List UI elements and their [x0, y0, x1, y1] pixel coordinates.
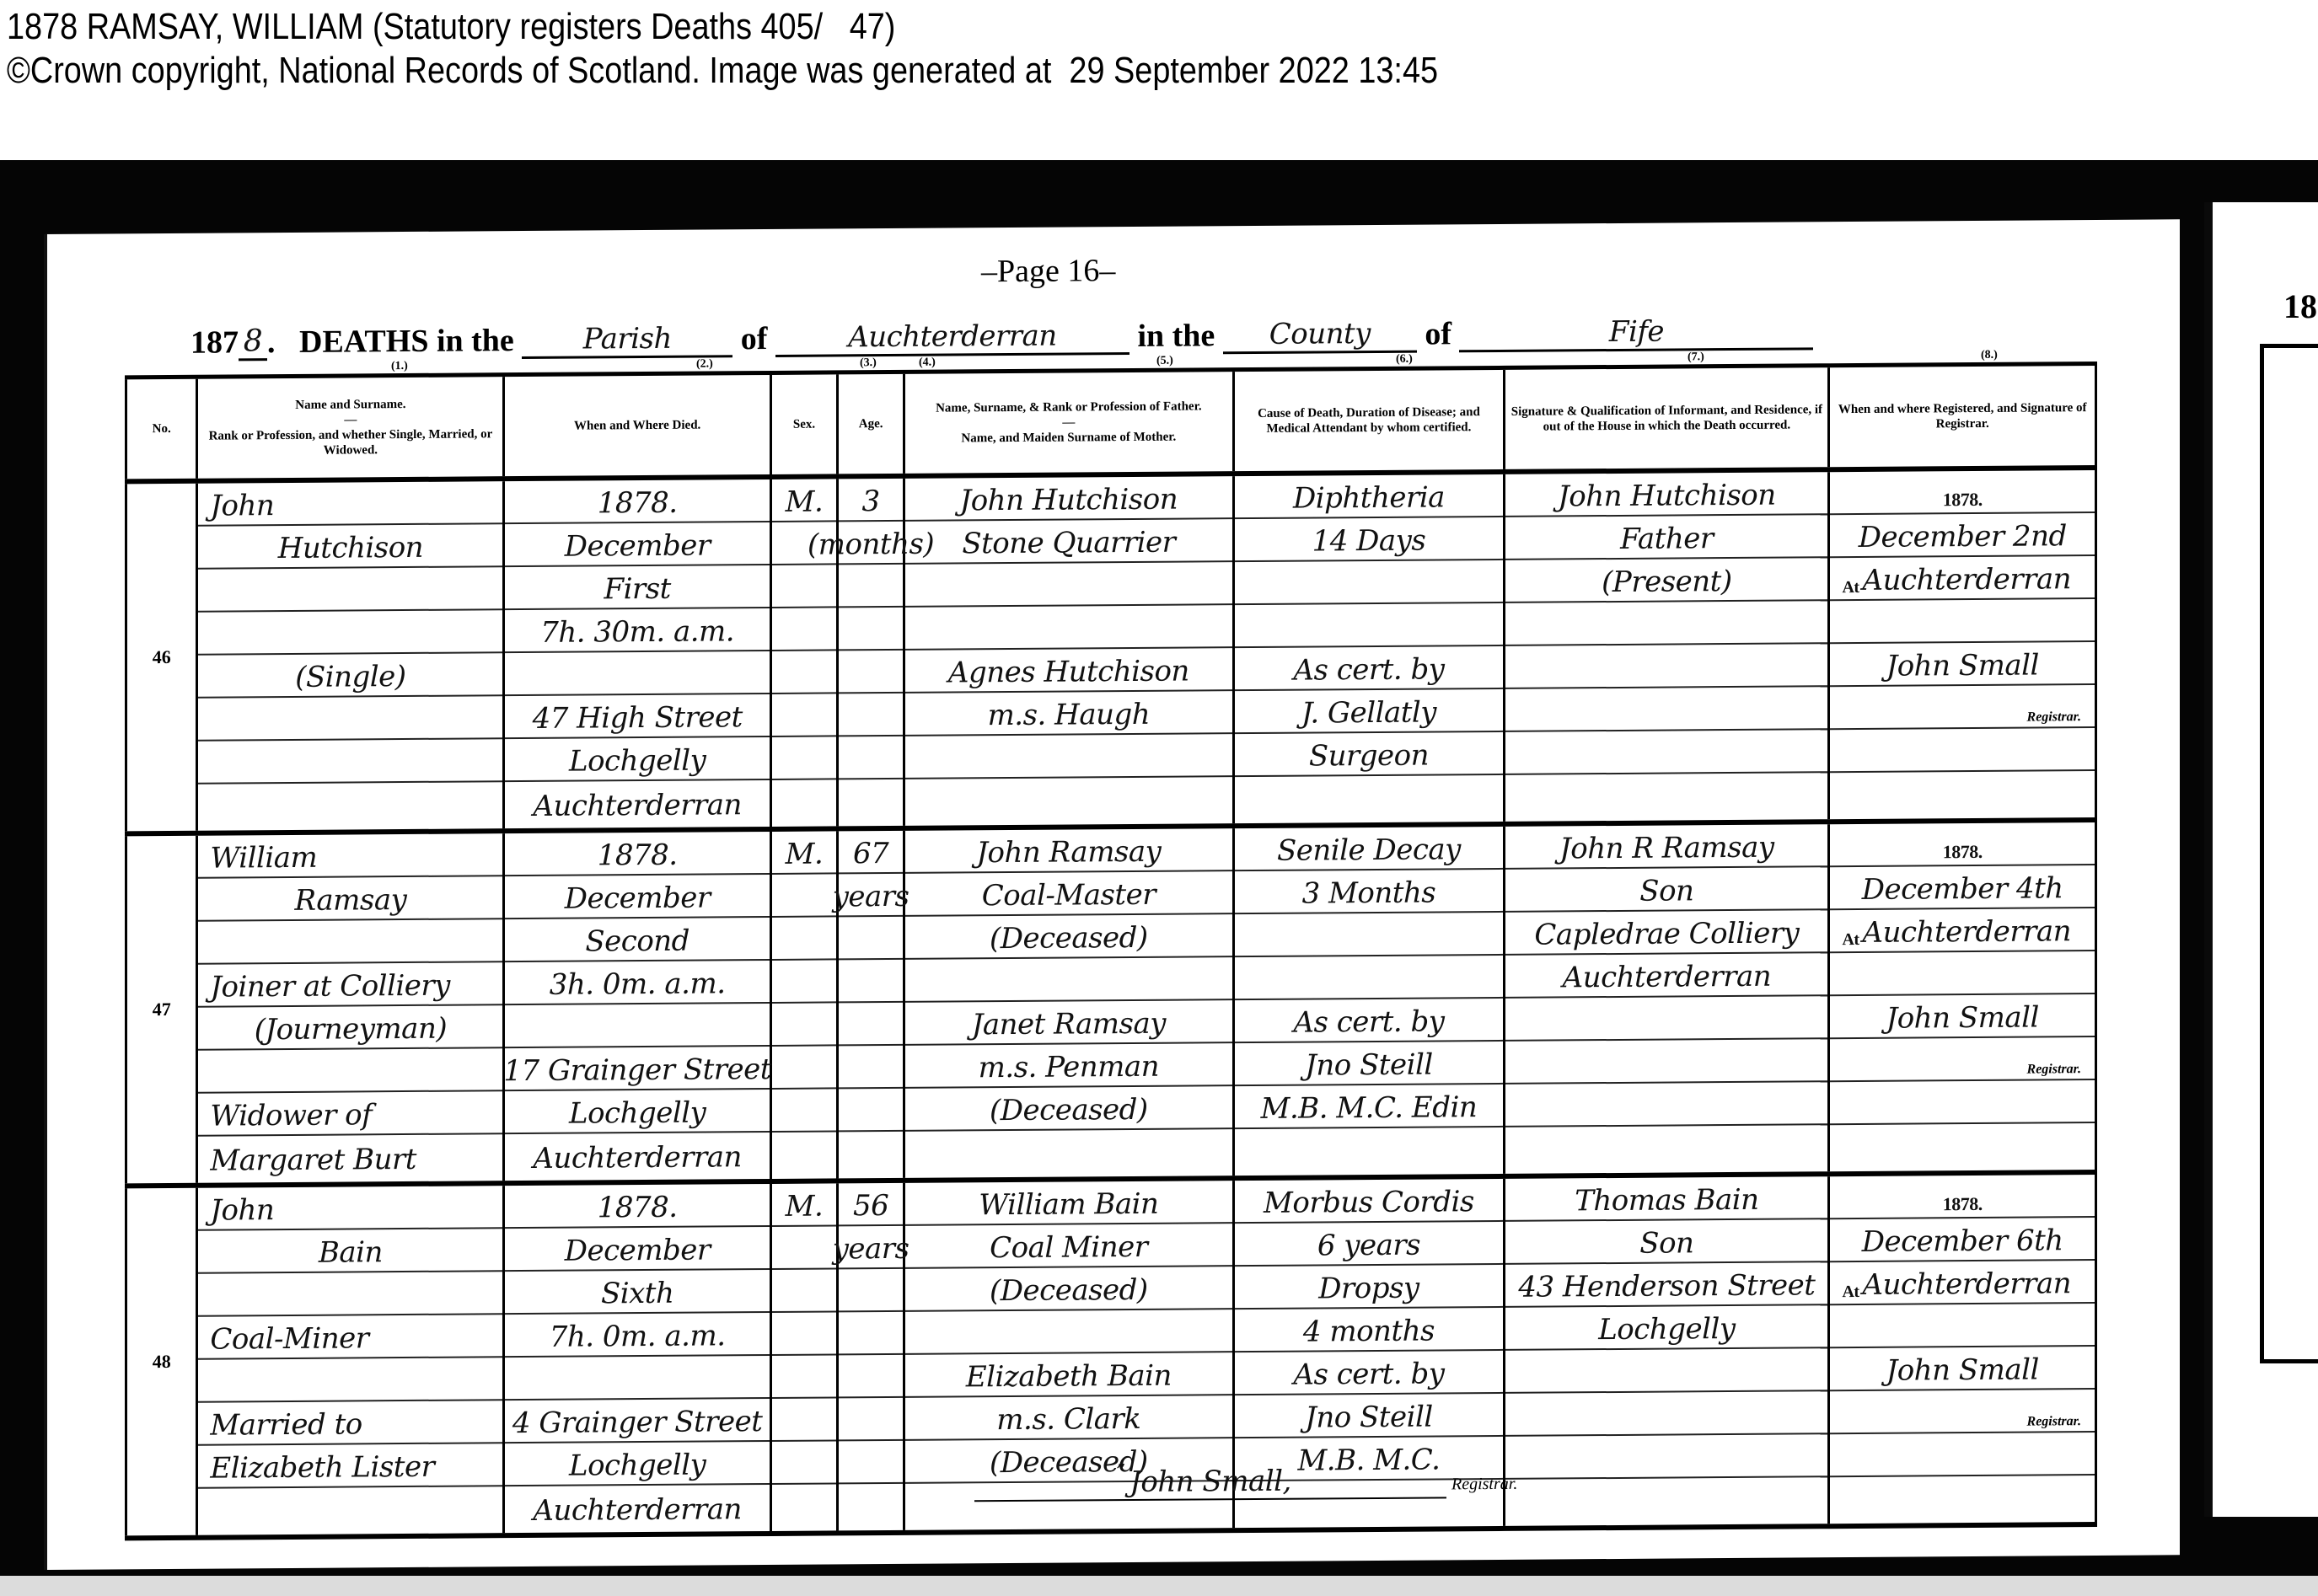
- informant-line: [1505, 773, 1827, 818]
- ruled-line: [1830, 1304, 2095, 1348]
- registered-date: December 4th: [1830, 865, 2095, 910]
- sex-value: M.: [772, 479, 836, 522]
- parents-line: m.s. Clark: [905, 1395, 1231, 1441]
- cell-informant: John HutchisonFather(Present): [1505, 469, 1829, 824]
- ruled-line: [839, 917, 903, 961]
- name-line: [198, 1048, 502, 1094]
- informant-line: Capledrae Colliery: [1505, 910, 1827, 956]
- ruled-line: [772, 1226, 836, 1270]
- parents-line: Agnes Hutchison: [905, 648, 1231, 694]
- col-header-age: Age.: [838, 372, 904, 476]
- cause-line: J. Gellatly: [1235, 689, 1504, 734]
- parents-line: [905, 777, 1231, 822]
- parents-line: [905, 1309, 1231, 1355]
- name-line: [198, 782, 502, 827]
- cell-registered: 1878.December 4thAtAuchterderranJohn Sma…: [1829, 820, 2096, 1174]
- registered-year: 1878.: [1830, 1175, 2095, 1219]
- col-header-parents: Name, Surname, & Rank or Profession of F…: [904, 370, 1233, 476]
- ruled-line: [772, 1441, 836, 1485]
- registered-year-text: 1878.: [1943, 1193, 1983, 1215]
- cause-line: [1235, 956, 1504, 1000]
- record-title: 1878 RAMSAY, WILLIAM (Statutory register…: [7, 5, 895, 49]
- cause-line: 6 years: [1235, 1222, 1504, 1267]
- cell-when-where: 1878.DecemberFirst7h. 30m. a.m.47 High S…: [504, 477, 771, 831]
- county-type: County: [1223, 317, 1417, 355]
- when-where-line: [505, 651, 770, 696]
- parents-line: Coal-Master: [905, 871, 1231, 917]
- ruled-line: [839, 1003, 903, 1047]
- informant-line: [1505, 1125, 1827, 1170]
- ruled-line: [772, 694, 836, 737]
- parents-line: Coal Miner: [905, 1224, 1231, 1269]
- cause-line: [1235, 603, 1504, 648]
- cell-informant: John R RamsaySonCapledrae CollieryAuchte…: [1505, 822, 1829, 1176]
- registered-place-name: Auchterderran: [1863, 1267, 2072, 1302]
- when-where-line: Auchterderran: [505, 1485, 770, 1529]
- parents-line: m.s. Penman: [905, 1043, 1231, 1089]
- ruled-line: [772, 960, 836, 1004]
- parents-line: Stone Quarrier: [905, 519, 1231, 565]
- cell-cause: Diphtheria14 DaysAs cert. byJ. GellatlyS…: [1233, 472, 1505, 826]
- name-line: [198, 696, 502, 742]
- informant-line: [1505, 1348, 1827, 1394]
- ruled-line: [772, 1312, 836, 1356]
- ruled-line: [772, 1398, 836, 1442]
- ruled-line: [1830, 1475, 2095, 1520]
- registered-year-text: 1878.: [1943, 489, 1983, 511]
- ruled-line: [772, 1132, 836, 1176]
- ruled-line: [839, 779, 903, 823]
- registered-place-name: Auchterderran: [1863, 914, 2072, 950]
- ruled-line: [772, 1003, 836, 1047]
- cause-line: [1235, 775, 1504, 820]
- ruled-line: [772, 608, 836, 651]
- cause-line: M.B. M.C. Edin: [1235, 1085, 1504, 1129]
- when-where-line: 1878.: [505, 479, 770, 524]
- parents-line: (Deceased): [905, 914, 1231, 960]
- when-where-line: [505, 1004, 770, 1048]
- age-value: (months): [839, 522, 903, 565]
- cell-informant: Thomas BainSon43 Henderson StreetLochgel…: [1505, 1174, 1829, 1529]
- register-page: –Page 16– 1878. DEATHS in the Parish of …: [44, 219, 2180, 1570]
- ruled-line: [772, 1484, 836, 1528]
- when-where-line: December: [505, 875, 770, 919]
- cause-line: Jno Steill: [1235, 1042, 1504, 1086]
- name-line: Ramsay: [198, 876, 502, 922]
- cause-line: Dropsy: [1235, 1265, 1504, 1309]
- ruled-line: [1830, 951, 2095, 996]
- registrar-signature: John Small: [1830, 1347, 2095, 1391]
- informant-line: Lochgelly: [1505, 1305, 1827, 1351]
- informant-line: [1505, 1391, 1827, 1437]
- at-label: At: [1842, 930, 1859, 950]
- cause-line: Diphtheria: [1235, 474, 1504, 519]
- name-line: Elizabeth Lister: [198, 1443, 502, 1489]
- cell-name: JohnBainCoal-MinerMarried toElizabeth Li…: [197, 1183, 504, 1538]
- registered-date: December 2nd: [1830, 513, 2095, 558]
- cell-when-where: 1878.DecemberSixth7h. 0m. a.m.4 Grainger…: [504, 1181, 771, 1535]
- ruled-line: [1830, 728, 2095, 773]
- informant-line: [1505, 1477, 1827, 1523]
- registrar-signature: John Small: [1830, 642, 2095, 687]
- informant-line: [1505, 730, 1827, 775]
- ruled-line: [1830, 1433, 2095, 1477]
- ruled-line: [772, 1046, 836, 1090]
- name-line: William: [198, 833, 502, 879]
- table-row: 47WilliamRamsayJoiner at Colliery(Journe…: [126, 820, 2096, 1186]
- informant-line: Son: [1505, 1219, 1827, 1265]
- at-label: At: [1842, 1283, 1859, 1302]
- when-where-line: 1878.: [505, 832, 770, 876]
- col-header-sex: Sex.: [770, 372, 837, 477]
- registered-year: 1878.: [1830, 470, 2095, 515]
- deaths-in-the-label: DEATHS in the: [299, 323, 514, 360]
- informant-line: Thomas Bain: [1505, 1176, 1827, 1222]
- of-label-1: of: [741, 321, 768, 356]
- name-line: [198, 1486, 502, 1532]
- adjacent-page-year: 187: [2283, 287, 2318, 326]
- informant-line: Auchterderran: [1505, 953, 1827, 999]
- name-line: [198, 1358, 502, 1403]
- name-line: Hutchison: [198, 524, 502, 570]
- table-header-row: No. Name and Surname. — Rank or Professi…: [126, 364, 2096, 482]
- ruled-line: [772, 779, 836, 823]
- informant-line: [1505, 601, 1827, 646]
- ruled-line: [1830, 1123, 2095, 1168]
- cell-cause: Senile Decay3 MonthsAs cert. byJno Steil…: [1233, 824, 1505, 1178]
- name-line: Margaret Burt: [198, 1134, 502, 1180]
- registered-year-text: 1878.: [1943, 841, 1983, 863]
- informant-line: 43 Henderson Street: [1505, 1262, 1827, 1308]
- cause-line: 4 months: [1235, 1308, 1504, 1352]
- year-printed: 187: [190, 324, 239, 360]
- registered-place: AtAuchterderran: [1830, 1261, 2095, 1305]
- age-value: years: [839, 1226, 903, 1270]
- cell-registered: 1878.December 6thAtAuchterderranJohn Sma…: [1829, 1172, 2096, 1526]
- name-line: (Journeyman): [198, 1005, 502, 1051]
- age-value: years: [839, 874, 903, 918]
- registrar-signature: John Small,: [974, 1463, 1446, 1502]
- county-name: Fife: [1459, 313, 1813, 352]
- informant-line: [1505, 1039, 1827, 1085]
- cause-line: Jno Steill: [1235, 1394, 1504, 1438]
- name-line: Widower of: [198, 1091, 502, 1137]
- parents-line: Janet Ramsay: [905, 1000, 1231, 1046]
- cause-line: As cert. by: [1235, 1351, 1504, 1395]
- ruled-line: [839, 960, 903, 1004]
- entry-number-cell: 48: [126, 1186, 197, 1539]
- registrar-signature: John Small: [1830, 994, 2095, 1039]
- cause-line: [1235, 560, 1504, 605]
- age-value: 56: [839, 1183, 903, 1227]
- registered-date: December 6th: [1830, 1218, 2095, 1262]
- parents-line: John Hutchison: [905, 476, 1231, 522]
- name-line: [198, 610, 502, 656]
- cause-line: [1235, 1127, 1504, 1172]
- col-header-cause: Cause of Death, Duration of Disease; and…: [1233, 367, 1505, 474]
- informant-line: [1505, 1082, 1827, 1127]
- name-line: [198, 567, 502, 613]
- year-handwritten: 8: [239, 324, 267, 361]
- when-where-line: 7h. 0m. a.m.: [505, 1313, 770, 1358]
- registered-place: AtAuchterderran: [1830, 908, 2095, 953]
- when-where-line: 4 Grainger Street: [505, 1399, 770, 1443]
- when-where-line: Lochgelly: [505, 1442, 770, 1486]
- cell-parents: John RamsayCoal-Master(Deceased)Janet Ra…: [904, 826, 1233, 1181]
- ruled-line: [839, 1269, 903, 1313]
- when-where-line: Lochgelly: [505, 1090, 770, 1134]
- viewer-bottom-bar: [0, 1576, 2318, 1596]
- when-where-line: 7h. 30m. a.m.: [505, 608, 770, 653]
- ruled-line: [772, 565, 836, 608]
- ruled-line: [839, 608, 903, 651]
- cell-sex: M.: [770, 1181, 837, 1534]
- when-where-line: December: [505, 522, 770, 567]
- col-header-name: Name and Surname. — Rank or Profession, …: [197, 375, 504, 481]
- cause-line: [1235, 913, 1504, 957]
- ruled-line: [1830, 771, 2095, 816]
- column-number-8: (8.): [1981, 349, 1998, 362]
- ruled-line: [839, 1355, 903, 1399]
- informant-line: (Present): [1505, 558, 1827, 603]
- registered-place: AtAuchterderran: [1830, 556, 2095, 601]
- cell-parents: John HutchisonStone QuarrierAgnes Hutchi…: [904, 474, 1233, 828]
- cause-line: 3 Months: [1235, 870, 1504, 914]
- when-where-line: 17 Grainger Street: [505, 1047, 770, 1091]
- ruled-line: [772, 651, 836, 694]
- parents-line: [905, 605, 1231, 651]
- registered-year: 1878.: [1830, 822, 2095, 867]
- cause-line: As cert. by: [1235, 646, 1504, 691]
- name-line: [198, 1272, 502, 1317]
- ruled-line: [839, 1089, 903, 1133]
- informant-line: John Hutchison: [1505, 472, 1827, 517]
- informant-line: [1505, 644, 1827, 689]
- when-where-line: [505, 1356, 770, 1401]
- entry-number-cell: 46: [126, 481, 197, 834]
- name-line: Coal-Miner: [198, 1315, 502, 1360]
- parents-line: [905, 734, 1231, 779]
- when-where-line: Auchterderran: [505, 1133, 770, 1177]
- column-number-2: (2.): [696, 357, 713, 371]
- parents-line: [905, 957, 1231, 1003]
- ruled-line: [839, 565, 903, 608]
- column-number-5: (5.): [1156, 355, 1173, 368]
- parents-line: (Deceased): [905, 1086, 1231, 1132]
- name-line: John: [198, 481, 502, 527]
- informant-line: John R Ramsay: [1505, 824, 1827, 870]
- registrar-label: Registrar.: [1830, 685, 2095, 730]
- when-where-line: Lochgelly: [505, 737, 770, 782]
- informant-line: [1505, 687, 1827, 732]
- when-where-line: Auchterderran: [505, 780, 770, 825]
- parents-line: [905, 562, 1231, 608]
- parents-line: William Bain: [905, 1181, 1231, 1226]
- cell-sex: M.: [770, 828, 837, 1181]
- parents-line: m.s. Haugh: [905, 691, 1231, 736]
- ruled-line: [772, 917, 836, 961]
- when-where-line: Second: [505, 918, 770, 962]
- ruled-line: [1830, 599, 2095, 644]
- parents-line: Elizabeth Bain: [905, 1352, 1231, 1398]
- cell-registered: 1878.December 2ndAtAuchterderranJohn Sma…: [1829, 468, 2096, 822]
- cell-age: 67years: [838, 828, 904, 1181]
- column-number-6: (6.): [1396, 353, 1413, 367]
- page-number: –Page 16–: [981, 252, 1115, 290]
- entry-number: 47: [127, 836, 196, 1184]
- register-heading: 1878. DEATHS in the Parish of Auchterder…: [190, 313, 1813, 361]
- cause-line: As cert. by: [1235, 999, 1504, 1043]
- entry-number: 46: [127, 484, 196, 832]
- cell-age: 56years: [838, 1181, 904, 1534]
- ruled-line: [839, 1132, 903, 1176]
- ruled-line: [839, 1398, 903, 1442]
- ruled-line: [772, 1269, 836, 1313]
- col-header-when-where: When and Where Died.: [504, 372, 771, 479]
- registered-place-name: Auchterderran: [1863, 562, 2072, 597]
- informant-line: [1505, 1434, 1827, 1480]
- ruled-line: [772, 736, 836, 780]
- cell-age: 3(months): [838, 476, 904, 829]
- when-where-line: 3h. 0m. a.m.: [505, 961, 770, 1005]
- district-type: Parish: [522, 321, 732, 359]
- parish-name: Auchterderran: [775, 319, 1129, 357]
- entry-number: 48: [127, 1188, 196, 1536]
- age-value: 67: [839, 831, 903, 875]
- when-where-line: 1878.: [505, 1184, 770, 1229]
- copyright-notice: ©Crown copyright, National Records of Sc…: [7, 49, 1438, 93]
- name-line: Bain: [198, 1229, 502, 1274]
- ruled-line: [839, 1046, 903, 1090]
- registrar-label: Registrar.: [1451, 1475, 1517, 1494]
- sex-value: M.: [772, 1183, 836, 1227]
- when-where-line: December: [505, 1227, 770, 1272]
- col-header-no: No.: [126, 377, 197, 481]
- adjacent-page-edge: 187: [2204, 202, 2318, 1517]
- footer-registrar-signature: John Small,Registrar.: [974, 1463, 1517, 1502]
- name-line: John: [198, 1186, 502, 1231]
- parents-line: (Deceased): [905, 1267, 1231, 1312]
- cause-line: Morbus Cordis: [1235, 1179, 1504, 1224]
- ruled-line: [839, 736, 903, 780]
- cell-name: WilliamRamsayJoiner at Colliery(Journeym…: [197, 831, 504, 1186]
- of-label-2: of: [1425, 316, 1451, 351]
- name-line: [198, 919, 502, 965]
- ruled-line: [772, 1355, 836, 1399]
- ruled-line: [839, 1484, 903, 1528]
- parents-line: [905, 1129, 1231, 1175]
- column-number-3: (3.): [860, 356, 877, 370]
- cell-when-where: 1878.DecemberSecond3h. 0m. a.m.17 Graing…: [504, 829, 771, 1183]
- ruled-line: [839, 694, 903, 737]
- name-line: Joiner at Colliery: [198, 962, 502, 1008]
- adjacent-page-table-edge: [2260, 344, 2318, 1363]
- cause-line: Surgeon: [1235, 732, 1504, 777]
- cell-name: JohnHutchison(Single): [197, 479, 504, 833]
- informant-line: Son: [1505, 867, 1827, 913]
- informant-line: [1505, 996, 1827, 1042]
- when-where-line: First: [505, 565, 770, 610]
- name-line: [198, 739, 502, 785]
- col-header-informant: Signature & Qualification of Informant, …: [1505, 366, 1829, 472]
- sex-value: M.: [772, 831, 836, 875]
- ruled-line: [772, 874, 836, 918]
- in-the-label: in the: [1137, 318, 1215, 354]
- col-header-registered: When and where Registered, and Signature…: [1829, 364, 2096, 470]
- when-where-line: 47 High Street: [505, 694, 770, 739]
- name-line: Married to: [198, 1401, 502, 1446]
- ruled-line: [772, 1089, 836, 1133]
- deaths-register-table: No. Name and Surname. — Rank or Professi…: [125, 362, 2097, 1540]
- informant-line: Father: [1505, 515, 1827, 560]
- when-where-line: Sixth: [505, 1270, 770, 1315]
- registrar-label: Registrar.: [1830, 1390, 2095, 1434]
- ruled-line: [839, 1312, 903, 1356]
- ruled-line: [839, 651, 903, 694]
- parents-line: John Ramsay: [905, 828, 1231, 874]
- column-number-4: (4.): [919, 356, 936, 370]
- entry-number-cell: 47: [126, 833, 197, 1186]
- at-label: At: [1842, 578, 1859, 597]
- age-value: 3: [839, 479, 903, 522]
- cause-line: Senile Decay: [1235, 827, 1504, 871]
- ruled-line: [1830, 1080, 2095, 1125]
- name-line: (Single): [198, 653, 502, 699]
- column-number-1: (1.): [391, 360, 408, 373]
- table-row: 46JohnHutchison(Single)1878.DecemberFirs…: [126, 468, 2096, 833]
- ruled-line: [839, 1441, 903, 1485]
- cause-line: 14 Days: [1235, 517, 1504, 562]
- column-number-7: (7.): [1688, 351, 1704, 364]
- registrar-label: Registrar.: [1830, 1037, 2095, 1082]
